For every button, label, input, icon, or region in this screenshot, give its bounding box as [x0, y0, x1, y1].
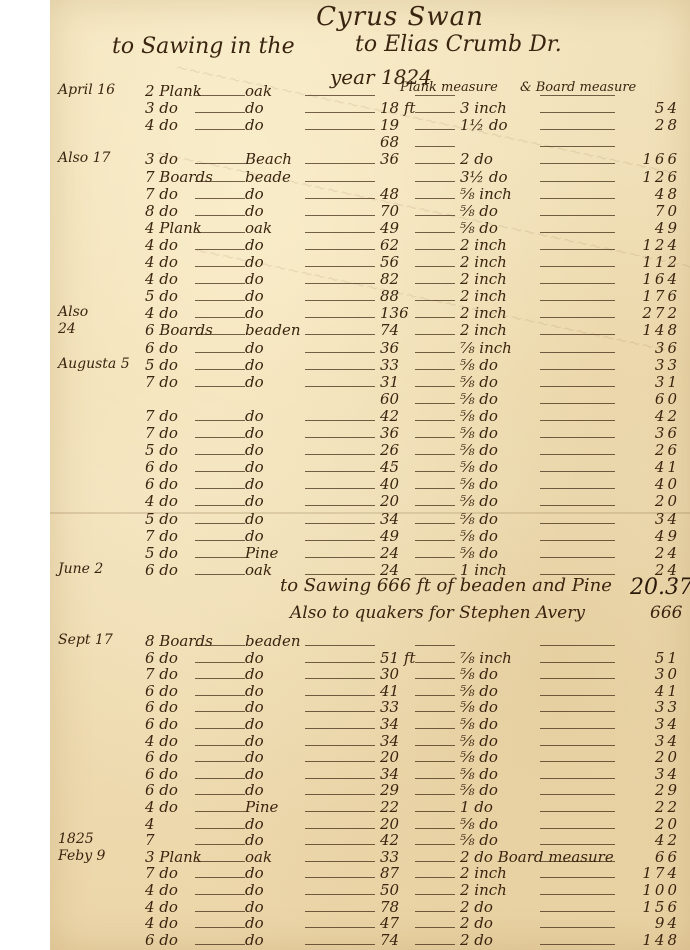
- entry-wood-type: do: [245, 356, 325, 374]
- entry-quantity: 5 do: [145, 287, 215, 305]
- ruling-dash: [305, 386, 375, 387]
- entry-quantity: 5 do: [145, 510, 215, 528]
- entry-quantity: 6 do: [145, 748, 215, 766]
- ruling-dash: [540, 232, 615, 233]
- entry-thickness: 2 inch: [460, 304, 610, 322]
- ruling-dash: [195, 112, 245, 113]
- entry-wood-type: do: [245, 475, 325, 493]
- entry-feet: 26: [380, 441, 420, 459]
- ruling-dash: [415, 403, 455, 404]
- ledger-page: ~~~~~~~~~~~~~~~~~~~~~~~~~~~~~~~~~~~~~~ ~…: [50, 0, 690, 950]
- ruling-dash: [195, 334, 245, 335]
- ruling-dash: [305, 471, 375, 472]
- entry-thickness: ⅝ do: [460, 544, 610, 562]
- entry-thickness: ⅝ do: [460, 682, 610, 700]
- ruling-dash: [415, 146, 455, 147]
- entry-feet: 29: [380, 781, 420, 799]
- entry-feet: 20: [380, 492, 420, 510]
- ruling-dash: [415, 266, 455, 267]
- entry-quantity: 7: [145, 831, 215, 849]
- entry-wood-type: do: [245, 831, 325, 849]
- ruling-dash: [305, 300, 375, 301]
- entry-board-measure: 166: [615, 150, 680, 168]
- ruling-dash: [195, 844, 245, 845]
- ruling-dash: [540, 352, 615, 353]
- entry-thickness: ⅞ inch: [460, 649, 610, 667]
- entry-board-measure: 34: [615, 715, 680, 733]
- entry-board-measure: 51: [615, 649, 680, 667]
- entry-quantity: 4 do: [145, 116, 215, 134]
- entry-wood-type: do: [245, 914, 325, 932]
- ruling-dash: [195, 778, 245, 779]
- entry-quantity: 2 Plank: [145, 82, 215, 100]
- entry-quantity: 4 do: [145, 253, 215, 271]
- ruling-dash: [415, 352, 455, 353]
- summary-line-sawing: to Sawing 666 ft of beaden and Pine: [280, 575, 612, 596]
- summary-total-amount: 20.37: [630, 575, 690, 600]
- entry-feet: 42: [380, 831, 420, 849]
- ruling-dash: [305, 505, 375, 506]
- entry-board-measure: 148: [615, 931, 680, 949]
- ruling-dash: [305, 454, 375, 455]
- ruling-dash: [415, 828, 455, 829]
- ruling-dash: [415, 232, 455, 233]
- entry-feet: 18 ft: [380, 99, 420, 117]
- entry-board-measure: 126: [615, 168, 680, 186]
- entry-feet: 33: [380, 698, 420, 716]
- ruling-dash: [305, 745, 375, 746]
- entry-wood-type: do: [245, 304, 325, 322]
- entry-wood-type: do: [245, 236, 325, 254]
- entry-quantity: 6 do: [145, 715, 215, 733]
- entry-quantity: 4 do: [145, 492, 215, 510]
- entry-quantity: 4 do: [145, 898, 215, 916]
- ruling-dash: [540, 420, 615, 421]
- entry-board-measure: 176: [615, 287, 680, 305]
- ruling-dash: [305, 911, 375, 912]
- ruling-dash: [540, 146, 615, 147]
- entry-quantity: 7 do: [145, 373, 215, 391]
- ruling-dash: [305, 249, 375, 250]
- entry-feet: 60: [380, 390, 420, 408]
- ruling-dash: [195, 471, 245, 472]
- entry-wood-type: do: [245, 287, 325, 305]
- entry-feet: 136: [380, 304, 420, 322]
- entry-feet: 41: [380, 682, 420, 700]
- summary-line-quakers: Also to quakers for Stephen Avery: [290, 603, 585, 623]
- ruling-dash: [415, 95, 455, 96]
- entry-wood-type: do: [245, 407, 325, 425]
- entry-wood-type: do: [245, 492, 325, 510]
- entry-thickness: ⅝ do: [460, 665, 610, 683]
- entry-quantity: 6 Boards: [145, 321, 215, 339]
- ruling-dash: [415, 728, 455, 729]
- entry-wood-type: do: [245, 649, 325, 667]
- entry-feet: 22: [380, 798, 420, 816]
- entry-wood-type: beaden: [245, 321, 325, 339]
- entry-quantity: 6 do: [145, 339, 215, 357]
- ruling-dash: [195, 386, 245, 387]
- entry-board-measure: 20: [615, 748, 680, 766]
- entry-thickness: ⅝ do: [460, 815, 610, 833]
- entry-date: Also 17: [58, 150, 136, 166]
- ruling-dash: [415, 695, 455, 696]
- ruling-dash: [195, 745, 245, 746]
- ruling-dash: [305, 283, 375, 284]
- entry-thickness: ⅝ do: [460, 458, 610, 476]
- entry-board-measure: 33: [615, 356, 680, 374]
- ruling-dash: [195, 557, 245, 558]
- ruling-dash: [415, 283, 455, 284]
- entry-board-measure: 54: [615, 99, 680, 117]
- ruling-dash: [305, 215, 375, 216]
- entry-date: Augusta 5: [58, 356, 136, 372]
- entry-thickness: ⅝ do: [460, 475, 610, 493]
- entry-wood-type: do: [245, 270, 325, 288]
- entry-thickness: ⅝ inch: [460, 185, 610, 203]
- ruling-dash: [540, 129, 615, 130]
- entry-feet: 45: [380, 458, 420, 476]
- entry-feet: 62: [380, 236, 420, 254]
- ruling-dash: [540, 471, 615, 472]
- ruling-dash: [305, 828, 375, 829]
- entry-feet: 42: [380, 407, 420, 425]
- entry-feet: 68: [380, 133, 420, 151]
- ruling-dash: [305, 728, 375, 729]
- entry-wood-type: do: [245, 527, 325, 545]
- entry-feet: 36: [380, 150, 420, 168]
- entry-date: 24: [58, 321, 136, 337]
- ruling-dash: [415, 778, 455, 779]
- entry-thickness: 2 inch: [460, 270, 610, 288]
- entry-quantity: 5 do: [145, 544, 215, 562]
- ruling-dash: [305, 645, 375, 646]
- ruling-dash: [415, 761, 455, 762]
- entry-board-measure: 148: [615, 321, 680, 339]
- ruling-dash: [415, 249, 455, 250]
- ruling-dash: [540, 877, 615, 878]
- entry-wood-type: do: [245, 373, 325, 391]
- ruling-dash: [540, 828, 615, 829]
- ruling-dash: [540, 728, 615, 729]
- entry-feet: 48: [380, 185, 420, 203]
- entry-wood-type: do: [245, 765, 325, 783]
- entry-board-measure: 48: [615, 185, 680, 203]
- ruling-dash: [305, 778, 375, 779]
- entry-wood-type: do: [245, 116, 325, 134]
- ruling-dash: [195, 420, 245, 421]
- ruling-dash: [540, 778, 615, 779]
- ruling-dash: [415, 198, 455, 199]
- entry-feet: 49: [380, 219, 420, 237]
- entry-thickness: 2 inch: [460, 321, 610, 339]
- entry-wood-type: do: [245, 748, 325, 766]
- entry-thickness: ⅝ do: [460, 715, 610, 733]
- ruling-dash: [305, 232, 375, 233]
- entry-thickness: ⅝ do: [460, 732, 610, 750]
- ruling-dash: [305, 695, 375, 696]
- entry-wood-type: do: [245, 698, 325, 716]
- entry-thickness: 1 do: [460, 798, 610, 816]
- entry-thickness: ⅝ do: [460, 698, 610, 716]
- entry-quantity: 4 do: [145, 270, 215, 288]
- entry-feet: 70: [380, 202, 420, 220]
- entry-date: 1825: [58, 831, 136, 847]
- ruling-dash: [195, 728, 245, 729]
- entry-thickness: ⅝ do: [460, 748, 610, 766]
- entry-board-measure: 174: [615, 864, 680, 882]
- ruling-dash: [540, 249, 615, 250]
- entry-quantity: 7 do: [145, 527, 215, 545]
- entry-quantity: 7 do: [145, 864, 215, 882]
- entry-feet: 20: [380, 815, 420, 833]
- ruling-dash: [195, 828, 245, 829]
- entry-wood-type: do: [245, 253, 325, 271]
- ruling-dash: [540, 300, 615, 301]
- ruling-dash: [540, 454, 615, 455]
- entry-thickness: 2 inch: [460, 881, 610, 899]
- entry-feet: 40: [380, 475, 420, 493]
- ruling-dash: [305, 95, 375, 96]
- ruling-dash: [195, 505, 245, 506]
- ruling-dash: [540, 540, 615, 541]
- ruling-dash: [415, 844, 455, 845]
- ruling-dash: [415, 794, 455, 795]
- entry-date: Feby 9: [58, 848, 136, 864]
- ledger-row: 6 do do 74 2 do 148: [50, 931, 690, 950]
- entry-wood-type: do: [245, 931, 325, 949]
- ruling-dash: [195, 944, 245, 945]
- ruling-dash: [540, 695, 615, 696]
- ruling-dash: [540, 283, 615, 284]
- entry-board-measure: 40: [615, 475, 680, 493]
- ruling-dash: [305, 927, 375, 928]
- ruling-dash: [540, 662, 615, 663]
- entry-board-measure: 31: [615, 373, 680, 391]
- ruling-dash: [195, 861, 245, 862]
- entry-thickness: ⅝ do: [460, 492, 610, 510]
- entry-board-measure: 41: [615, 682, 680, 700]
- ruling-dash: [195, 454, 245, 455]
- ruling-dash: [305, 437, 375, 438]
- ruling-dash: [305, 112, 375, 113]
- entry-thickness: ⅝ do: [460, 441, 610, 459]
- ruling-dash: [195, 678, 245, 679]
- entry-wood-type: do: [245, 715, 325, 733]
- ruling-dash: [305, 557, 375, 558]
- entry-quantity: 4 do: [145, 881, 215, 899]
- entry-wood-type: do: [245, 781, 325, 799]
- entry-wood-type: do: [245, 732, 325, 750]
- ruling-dash: [195, 927, 245, 928]
- ruling-dash: [195, 877, 245, 878]
- ruling-dash: [415, 420, 455, 421]
- ruling-dash: [305, 352, 375, 353]
- ruling-dash: [195, 181, 245, 182]
- ruling-dash: [195, 249, 245, 250]
- entry-thickness: 3 inch: [460, 99, 610, 117]
- entry-thickness: ⅝ do: [460, 202, 610, 220]
- entry-feet: 51 ft: [380, 649, 420, 667]
- entry-thickness: 2 inch: [460, 236, 610, 254]
- ruling-dash: [415, 894, 455, 895]
- entry-feet: 33: [380, 356, 420, 374]
- entry-quantity: 7 Boards: [145, 168, 215, 186]
- ruling-dash: [305, 540, 375, 541]
- ruling-dash: [195, 283, 245, 284]
- entry-quantity: 4 do: [145, 914, 215, 932]
- ruling-dash: [540, 112, 615, 113]
- ruling-dash: [540, 369, 615, 370]
- ruling-dash: [540, 266, 615, 267]
- ruling-dash: [415, 861, 455, 862]
- ruling-dash: [305, 811, 375, 812]
- ruling-dash: [540, 95, 615, 96]
- entry-thickness: ⅝ do: [460, 356, 610, 374]
- entry-quantity: 4: [145, 815, 215, 833]
- ruling-dash: [540, 334, 615, 335]
- entry-thickness: 2 inch: [460, 253, 610, 271]
- ruling-dash: [195, 523, 245, 524]
- entry-feet: 31: [380, 373, 420, 391]
- entry-board-measure: 22: [615, 798, 680, 816]
- entry-board-measure: 94: [615, 914, 680, 932]
- ruling-dash: [305, 662, 375, 663]
- ruling-dash: [540, 944, 615, 945]
- ruling-dash: [195, 662, 245, 663]
- ruling-dash: [195, 761, 245, 762]
- ruling-dash: [305, 944, 375, 945]
- ruling-dash: [195, 369, 245, 370]
- ruling-dash: [415, 877, 455, 878]
- entry-board-measure: 33: [615, 698, 680, 716]
- ruling-dash: [415, 471, 455, 472]
- ruling-dash: [305, 163, 375, 164]
- ruling-dash: [415, 645, 455, 646]
- summary-total-feet: 666: [650, 603, 682, 623]
- entry-board-measure: 49: [615, 219, 680, 237]
- ruling-dash: [415, 711, 455, 712]
- entry-quantity: 6 do: [145, 649, 215, 667]
- ruling-dash: [195, 711, 245, 712]
- ruling-dash: [195, 232, 245, 233]
- entry-thickness: 2 inch: [460, 864, 610, 882]
- ruling-dash: [540, 794, 615, 795]
- ruling-dash: [195, 540, 245, 541]
- ruling-dash: [415, 540, 455, 541]
- entry-feet: 82: [380, 270, 420, 288]
- entry-quantity: 6 do: [145, 698, 215, 716]
- ruling-dash: [305, 369, 375, 370]
- ruling-dash: [540, 811, 615, 812]
- ruling-dash: [415, 557, 455, 558]
- ruling-dash: [540, 911, 615, 912]
- ruling-dash: [540, 557, 615, 558]
- entry-wood-type: do: [245, 898, 325, 916]
- ruling-dash: [540, 386, 615, 387]
- entry-board-measure: 164: [615, 270, 680, 288]
- entry-thickness: 2 do: [460, 898, 610, 916]
- entry-feet: 78: [380, 898, 420, 916]
- entry-wood-type: do: [245, 424, 325, 442]
- entry-board-measure: 30: [615, 665, 680, 683]
- entry-wood-type: do: [245, 441, 325, 459]
- entry-date: Sept 17: [58, 632, 136, 648]
- entry-thickness: 2 do Board measure: [460, 848, 610, 866]
- ruling-dash: [195, 215, 245, 216]
- entry-thickness: 3½ do: [460, 168, 610, 186]
- ruling-dash: [195, 300, 245, 301]
- entry-wood-type: do: [245, 185, 325, 203]
- ruling-dash: [415, 386, 455, 387]
- ruling-dash: [195, 794, 245, 795]
- entry-board-measure: 42: [615, 407, 680, 425]
- entry-board-measure: 42: [615, 831, 680, 849]
- entry-thickness: ⅝ do: [460, 510, 610, 528]
- ruling-dash: [305, 317, 375, 318]
- entry-board-measure: 34: [615, 765, 680, 783]
- entry-thickness: 2 do: [460, 931, 610, 949]
- entry-feet: 36: [380, 424, 420, 442]
- entry-feet: 34: [380, 510, 420, 528]
- ruling-dash: [415, 437, 455, 438]
- ruling-dash: [415, 163, 455, 164]
- ruling-dash: [415, 911, 455, 912]
- ruling-dash: [415, 129, 455, 130]
- entry-quantity: 4 Plank: [145, 219, 215, 237]
- entry-feet: 56: [380, 253, 420, 271]
- ruling-dash: [540, 678, 615, 679]
- ruling-dash: [415, 505, 455, 506]
- entry-wood-type: do: [245, 665, 325, 683]
- entry-feet: 74: [380, 321, 420, 339]
- ruling-dash: [415, 944, 455, 945]
- entry-board-measure: 60: [615, 390, 680, 408]
- entry-wood-type: do: [245, 339, 325, 357]
- entry-quantity: 7 do: [145, 185, 215, 203]
- ruling-dash: [540, 181, 615, 182]
- entry-wood-type: oak: [245, 82, 325, 100]
- entry-board-measure: 36: [615, 424, 680, 442]
- entry-thickness: ⅝ do: [460, 527, 610, 545]
- ruling-dash: [415, 523, 455, 524]
- entry-thickness: 2 inch: [460, 287, 610, 305]
- entry-thickness: ⅝ do: [460, 831, 610, 849]
- entry-quantity: 4 do: [145, 304, 215, 322]
- entry-board-measure: 34: [615, 732, 680, 750]
- entry-feet: 34: [380, 732, 420, 750]
- entry-quantity: 4 do: [145, 732, 215, 750]
- entry-date: Also: [58, 304, 136, 320]
- ruling-dash: [415, 454, 455, 455]
- ruling-dash: [305, 488, 375, 489]
- entry-board-measure: 29: [615, 781, 680, 799]
- ruling-dash: [540, 761, 615, 762]
- ruling-dash: [415, 662, 455, 663]
- entry-board-measure: 124: [615, 236, 680, 254]
- ruling-dash: [195, 894, 245, 895]
- entry-thickness: ⅝ do: [460, 765, 610, 783]
- entry-thickness: 2 do: [460, 914, 610, 932]
- ruling-dash: [305, 711, 375, 712]
- entry-quantity: 6 do: [145, 458, 215, 476]
- entry-feet: 47: [380, 914, 420, 932]
- entry-board-measure: 66: [615, 848, 680, 866]
- ruling-dash: [195, 911, 245, 912]
- entry-board-measure: 34: [615, 510, 680, 528]
- entry-quantity: 8 do: [145, 202, 215, 220]
- entry-wood-type: Pine: [245, 544, 325, 562]
